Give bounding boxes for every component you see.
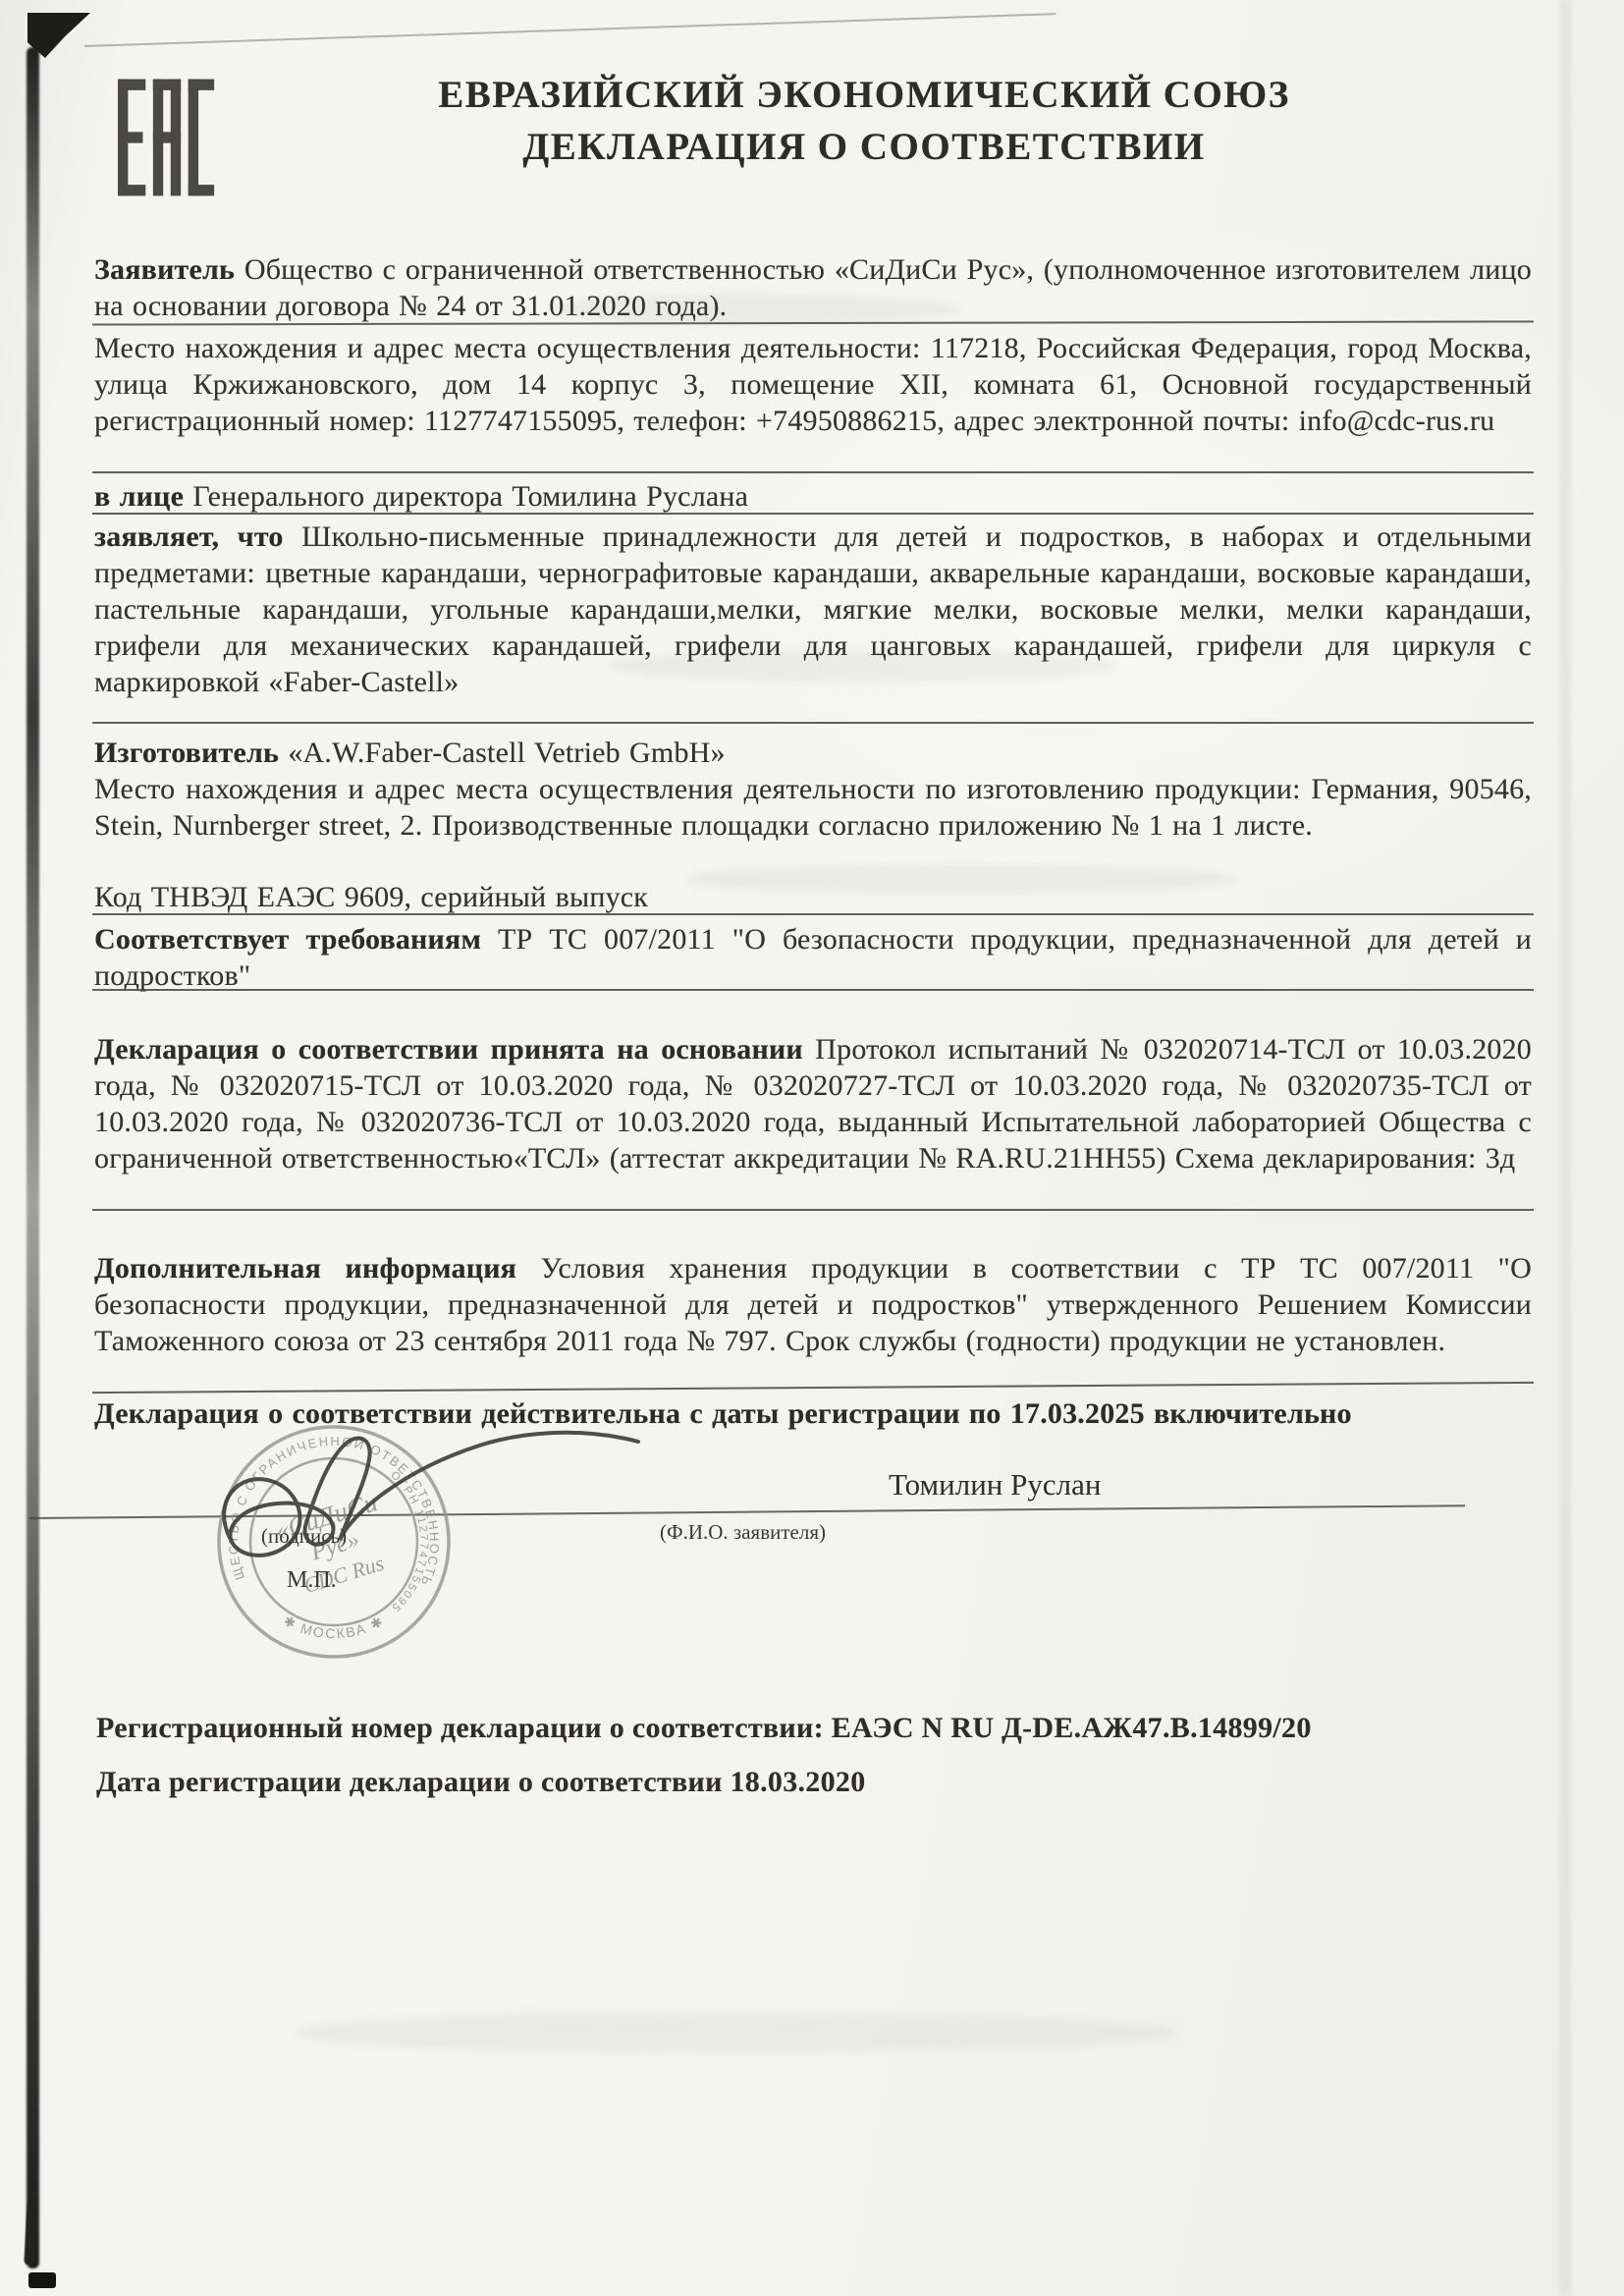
- scan-band-artifact: [1559, 0, 1571, 2296]
- declares-paragraph: заявляет, что Школьно-письменные принадл…: [94, 519, 1532, 700]
- scan-edge-artifact: [27, 47, 39, 2269]
- eac-logo-svg: [118, 77, 216, 198]
- scan-bottom-mark: [28, 2272, 56, 2288]
- registration-number-label: Регистрационный номер декларации о соотв…: [96, 1712, 824, 1744]
- handwritten-signature: [194, 1420, 666, 1607]
- eac-logo-icon: [118, 77, 216, 198]
- represented-by-text: Генерального директора Томилина Руслана: [192, 480, 748, 513]
- registration-number-line: Регистрационный номер декларации о соотв…: [96, 1712, 1312, 1745]
- complies-label: Соответствует требованиям: [94, 923, 481, 956]
- signer-name-caption: (Ф.И.О. заявителя): [660, 1520, 826, 1545]
- title-line2: ДЕКЛАРАЦИЯ О СООТВЕТСТВИИ: [295, 121, 1434, 173]
- scan-smudge: [295, 2013, 1178, 2052]
- stamp-place-caption: М.П.: [287, 1567, 337, 1594]
- title-line1: ЕВРАЗИЙСКИЙ ЭКОНОМИЧЕСКИЙ СОЮЗ: [295, 69, 1434, 121]
- applicant-label: Заявитель: [94, 253, 235, 286]
- separator-line: [92, 913, 1534, 915]
- applicant-text: Общество с ограниченной ответственностью…: [94, 253, 1532, 322]
- tnved-line: Код ТНВЭД ЕАЭС 9609, серийный выпуск: [94, 879, 1532, 915]
- applicant-paragraph: Заявитель Общество с ограниченной ответс…: [94, 251, 1532, 324]
- declaration-document: ЕВРАЗИЙСКИЙ ЭКОНОМИЧЕСКИЙ СОЮЗ ДЕКЛАРАЦИ…: [0, 0, 1624, 2296]
- scan-line-artifact: [84, 13, 1056, 47]
- manufacturer-name: «A.W.Faber-Castell Vetrieb GmbH»: [288, 737, 725, 769]
- basis-paragraph: Декларация о соответствии принята на осн…: [94, 1031, 1532, 1176]
- represented-by-paragraph: в лице Генерального директора Томилина Р…: [94, 478, 1532, 515]
- registration-date-label: Дата регистрации декларации о соответств…: [96, 1766, 723, 1798]
- separator-line: [92, 513, 1534, 515]
- separator-line: [92, 471, 1534, 473]
- complies-paragraph: Соответствует требованиям ТР ТС 007/2011…: [94, 921, 1532, 994]
- address-paragraph: Место нахождения и адрес места осуществл…: [94, 330, 1532, 439]
- signer-name: Томилин Руслан: [889, 1467, 1101, 1503]
- manufacturer-label: Изготовитель: [94, 737, 279, 769]
- manufacturer-paragraph: Изготовитель «A.W.Faber-Castell Vetrieb …: [94, 735, 1532, 844]
- declares-label: заявляет, что: [94, 520, 284, 553]
- manufacturer-address: Место нахождения и адрес места осуществл…: [94, 773, 1532, 842]
- separator-line: [92, 989, 1534, 991]
- document-title: ЕВРАЗИЙСКИЙ ЭКОНОМИЧЕСКИЙ СОЮЗ ДЕКЛАРАЦИ…: [295, 69, 1434, 173]
- basis-label: Декларация о соответствии принята на осн…: [94, 1033, 803, 1066]
- declares-text: Школьно-письменные принадлежности для де…: [94, 520, 1532, 698]
- signature-caption: (подпись): [261, 1524, 347, 1549]
- separator-line: [92, 722, 1534, 724]
- represented-by-label: в лице: [94, 480, 184, 513]
- registration-number-value: ЕАЭС N RU Д-DE.АЖ47.В.14899/20: [832, 1712, 1312, 1744]
- registration-date-value: 18.03.2020: [731, 1766, 866, 1798]
- separator-line: [92, 1382, 1534, 1394]
- registration-date-line: Дата регистрации декларации о соответств…: [96, 1766, 866, 1799]
- separator-line: [92, 1209, 1534, 1211]
- additional-info-label: Дополнительная информация: [94, 1252, 516, 1285]
- additional-info-paragraph: Дополнительная информация Условия хранен…: [94, 1250, 1532, 1359]
